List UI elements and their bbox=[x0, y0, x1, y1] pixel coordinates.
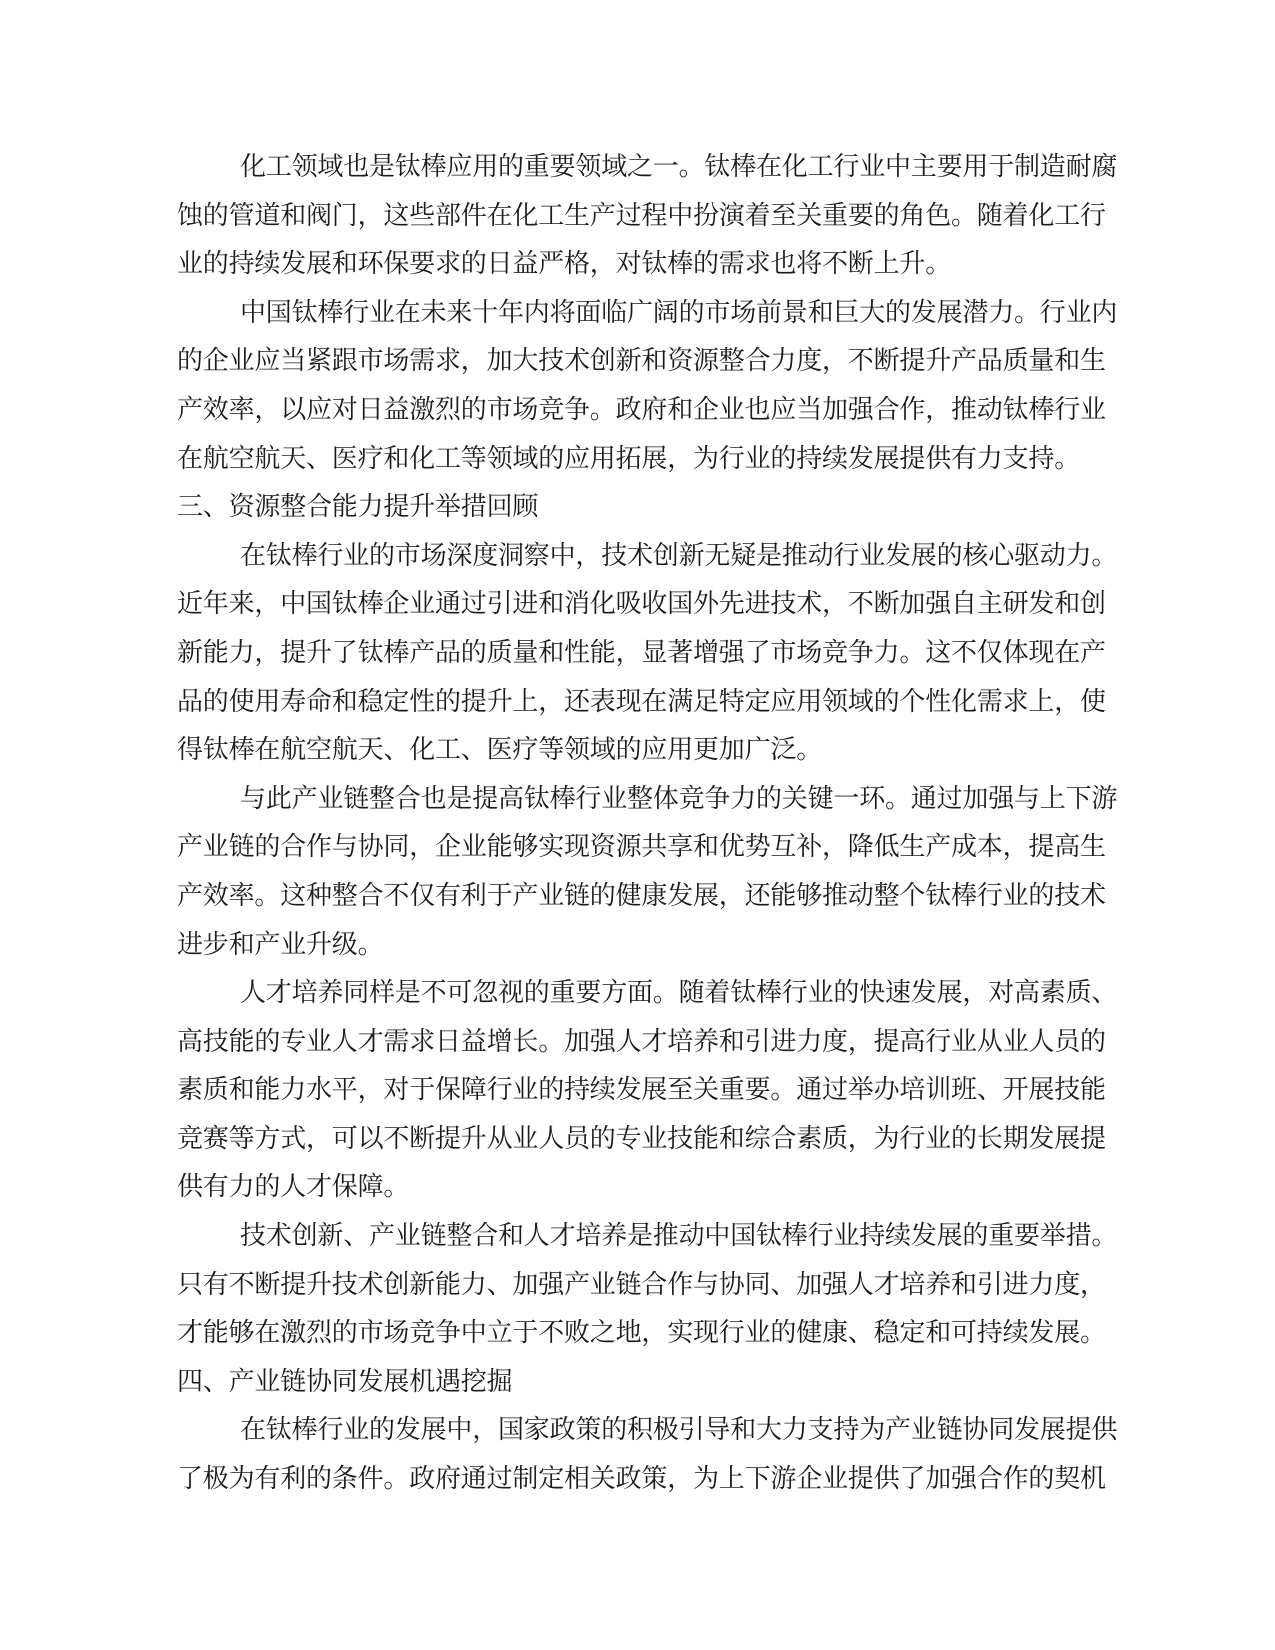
text-line: 化工领域也是钛棒应用的重要领域之一。钛棒在化工行业中主要用于制造耐腐 bbox=[177, 143, 1107, 192]
paragraph-market-outlook: 中国钛棒行业在未来十年内将面临广阔的市场前景和巨大的发展潜力。行业内 的企业应当… bbox=[177, 289, 1107, 483]
text-line: 产效率。这种整合不仅有利于产业链的健康发展，还能够推动整个钛棒行业的技术 bbox=[177, 872, 1107, 921]
text-line: 近年来，中国钛棒企业通过引进和消化吸收国外先进技术，不断加强自主研发和创 bbox=[177, 580, 1107, 629]
section-heading-4: 四、产业链协同发展机遇挖掘 bbox=[177, 1358, 1107, 1407]
text-line: 中国钛棒行业在未来十年内将面临广阔的市场前景和巨大的发展潜力。行业内 bbox=[177, 289, 1107, 338]
text-line: 进步和产业升级。 bbox=[177, 921, 1107, 970]
text-line: 在钛棒行业的发展中，国家政策的积极引导和大力支持为产业链协同发展提供 bbox=[177, 1406, 1107, 1455]
text-line: 品的使用寿命和稳定性的提升上，还表现在满足特定应用领域的个性化需求上，使 bbox=[177, 678, 1107, 727]
text-line: 新能力，提升了钛棒产品的质量和性能，显著增强了市场竞争力。这不仅体现在产 bbox=[177, 629, 1107, 678]
text-line: 素质和能力水平，对于保障行业的持续发展至关重要。通过举办培训班、开展技能 bbox=[177, 1066, 1107, 1115]
section-heading-text: 四、产业链协同发展机遇挖掘 bbox=[177, 1358, 1107, 1407]
text-line: 在钛棒行业的市场深度洞察中，技术创新无疑是推动行业发展的核心驱动力。 bbox=[177, 532, 1107, 581]
text-line: 人才培养同样是不可忽视的重要方面。随着钛棒行业的快速发展，对高素质、 bbox=[177, 969, 1107, 1018]
paragraph-talent-cultivation: 人才培养同样是不可忽视的重要方面。随着钛棒行业的快速发展，对高素质、 高技能的专… bbox=[177, 969, 1107, 1212]
text-line: 产效率，以应对日益激烈的市场竞争。政府和企业也应当加强合作，推动钛棒行业 bbox=[177, 386, 1107, 435]
text-line: 的企业应当紧跟市场需求，加大技术创新和资源整合力度，不断提升产品质量和生 bbox=[177, 337, 1107, 386]
text-line: 技术创新、产业链整合和人才培养是推动中国钛棒行业持续发展的重要举措。 bbox=[177, 1212, 1107, 1261]
text-line: 才能够在激烈的市场竞争中立于不败之地，实现行业的健康、稳定和可持续发展。 bbox=[177, 1309, 1107, 1358]
text-line: 供有力的人才保障。 bbox=[177, 1163, 1107, 1212]
text-line: 竞赛等方式，可以不断提升从业人员的专业技能和综合素质，为行业的长期发展提 bbox=[177, 1115, 1107, 1164]
text-column: 化工领域也是钛棒应用的重要领域之一。钛棒在化工行业中主要用于制造耐腐 蚀的管道和… bbox=[177, 143, 1107, 1504]
document-page: 化工领域也是钛棒应用的重要领域之一。钛棒在化工行业中主要用于制造耐腐 蚀的管道和… bbox=[0, 0, 1275, 1650]
paragraph-industry-chain-integration: 与此产业链整合也是提高钛棒行业整体竞争力的关键一环。通过加强与上下游 产业链的合… bbox=[177, 775, 1107, 969]
text-line: 业的持续发展和环保要求的日益严格，对钛棒的需求也将不断上升。 bbox=[177, 240, 1107, 289]
text-line: 产业链的合作与协同，企业能够实现资源共享和优势互补，降低生产成本，提高生 bbox=[177, 823, 1107, 872]
text-line: 得钛棒在航空航天、化工、医疗等领域的应用更加广泛。 bbox=[177, 726, 1107, 775]
text-line: 在航空航天、医疗和化工等领域的应用拓展，为行业的持续发展提供有力支持。 bbox=[177, 435, 1107, 484]
section-heading-3: 三、资源整合能力提升举措回顾 bbox=[177, 483, 1107, 532]
paragraph-summary-measures: 技术创新、产业链整合和人才培养是推动中国钛棒行业持续发展的重要举措。 只有不断提… bbox=[177, 1212, 1107, 1358]
paragraph-chemical-applications: 化工领域也是钛棒应用的重要领域之一。钛棒在化工行业中主要用于制造耐腐 蚀的管道和… bbox=[177, 143, 1107, 289]
section-heading-text: 三、资源整合能力提升举措回顾 bbox=[177, 483, 1107, 532]
text-line: 蚀的管道和阀门，这些部件在化工生产过程中扮演着至关重要的角色。随着化工行 bbox=[177, 192, 1107, 241]
text-line: 只有不断提升技术创新能力、加强产业链合作与协同、加强人才培养和引进力度， bbox=[177, 1261, 1107, 1310]
text-line: 与此产业链整合也是提高钛棒行业整体竞争力的关键一环。通过加强与上下游 bbox=[177, 775, 1107, 824]
text-line: 高技能的专业人才需求日益增长。加强人才培养和引进力度，提高行业从业人员的 bbox=[177, 1018, 1107, 1067]
paragraph-tech-innovation: 在钛棒行业的市场深度洞察中，技术创新无疑是推动行业发展的核心驱动力。 近年来，中… bbox=[177, 532, 1107, 775]
paragraph-policy-support: 在钛棒行业的发展中，国家政策的积极引导和大力支持为产业链协同发展提供 了极为有利… bbox=[177, 1406, 1107, 1503]
text-line: 了极为有利的条件。政府通过制定相关政策，为上下游企业提供了加强合作的契机 bbox=[177, 1455, 1107, 1504]
